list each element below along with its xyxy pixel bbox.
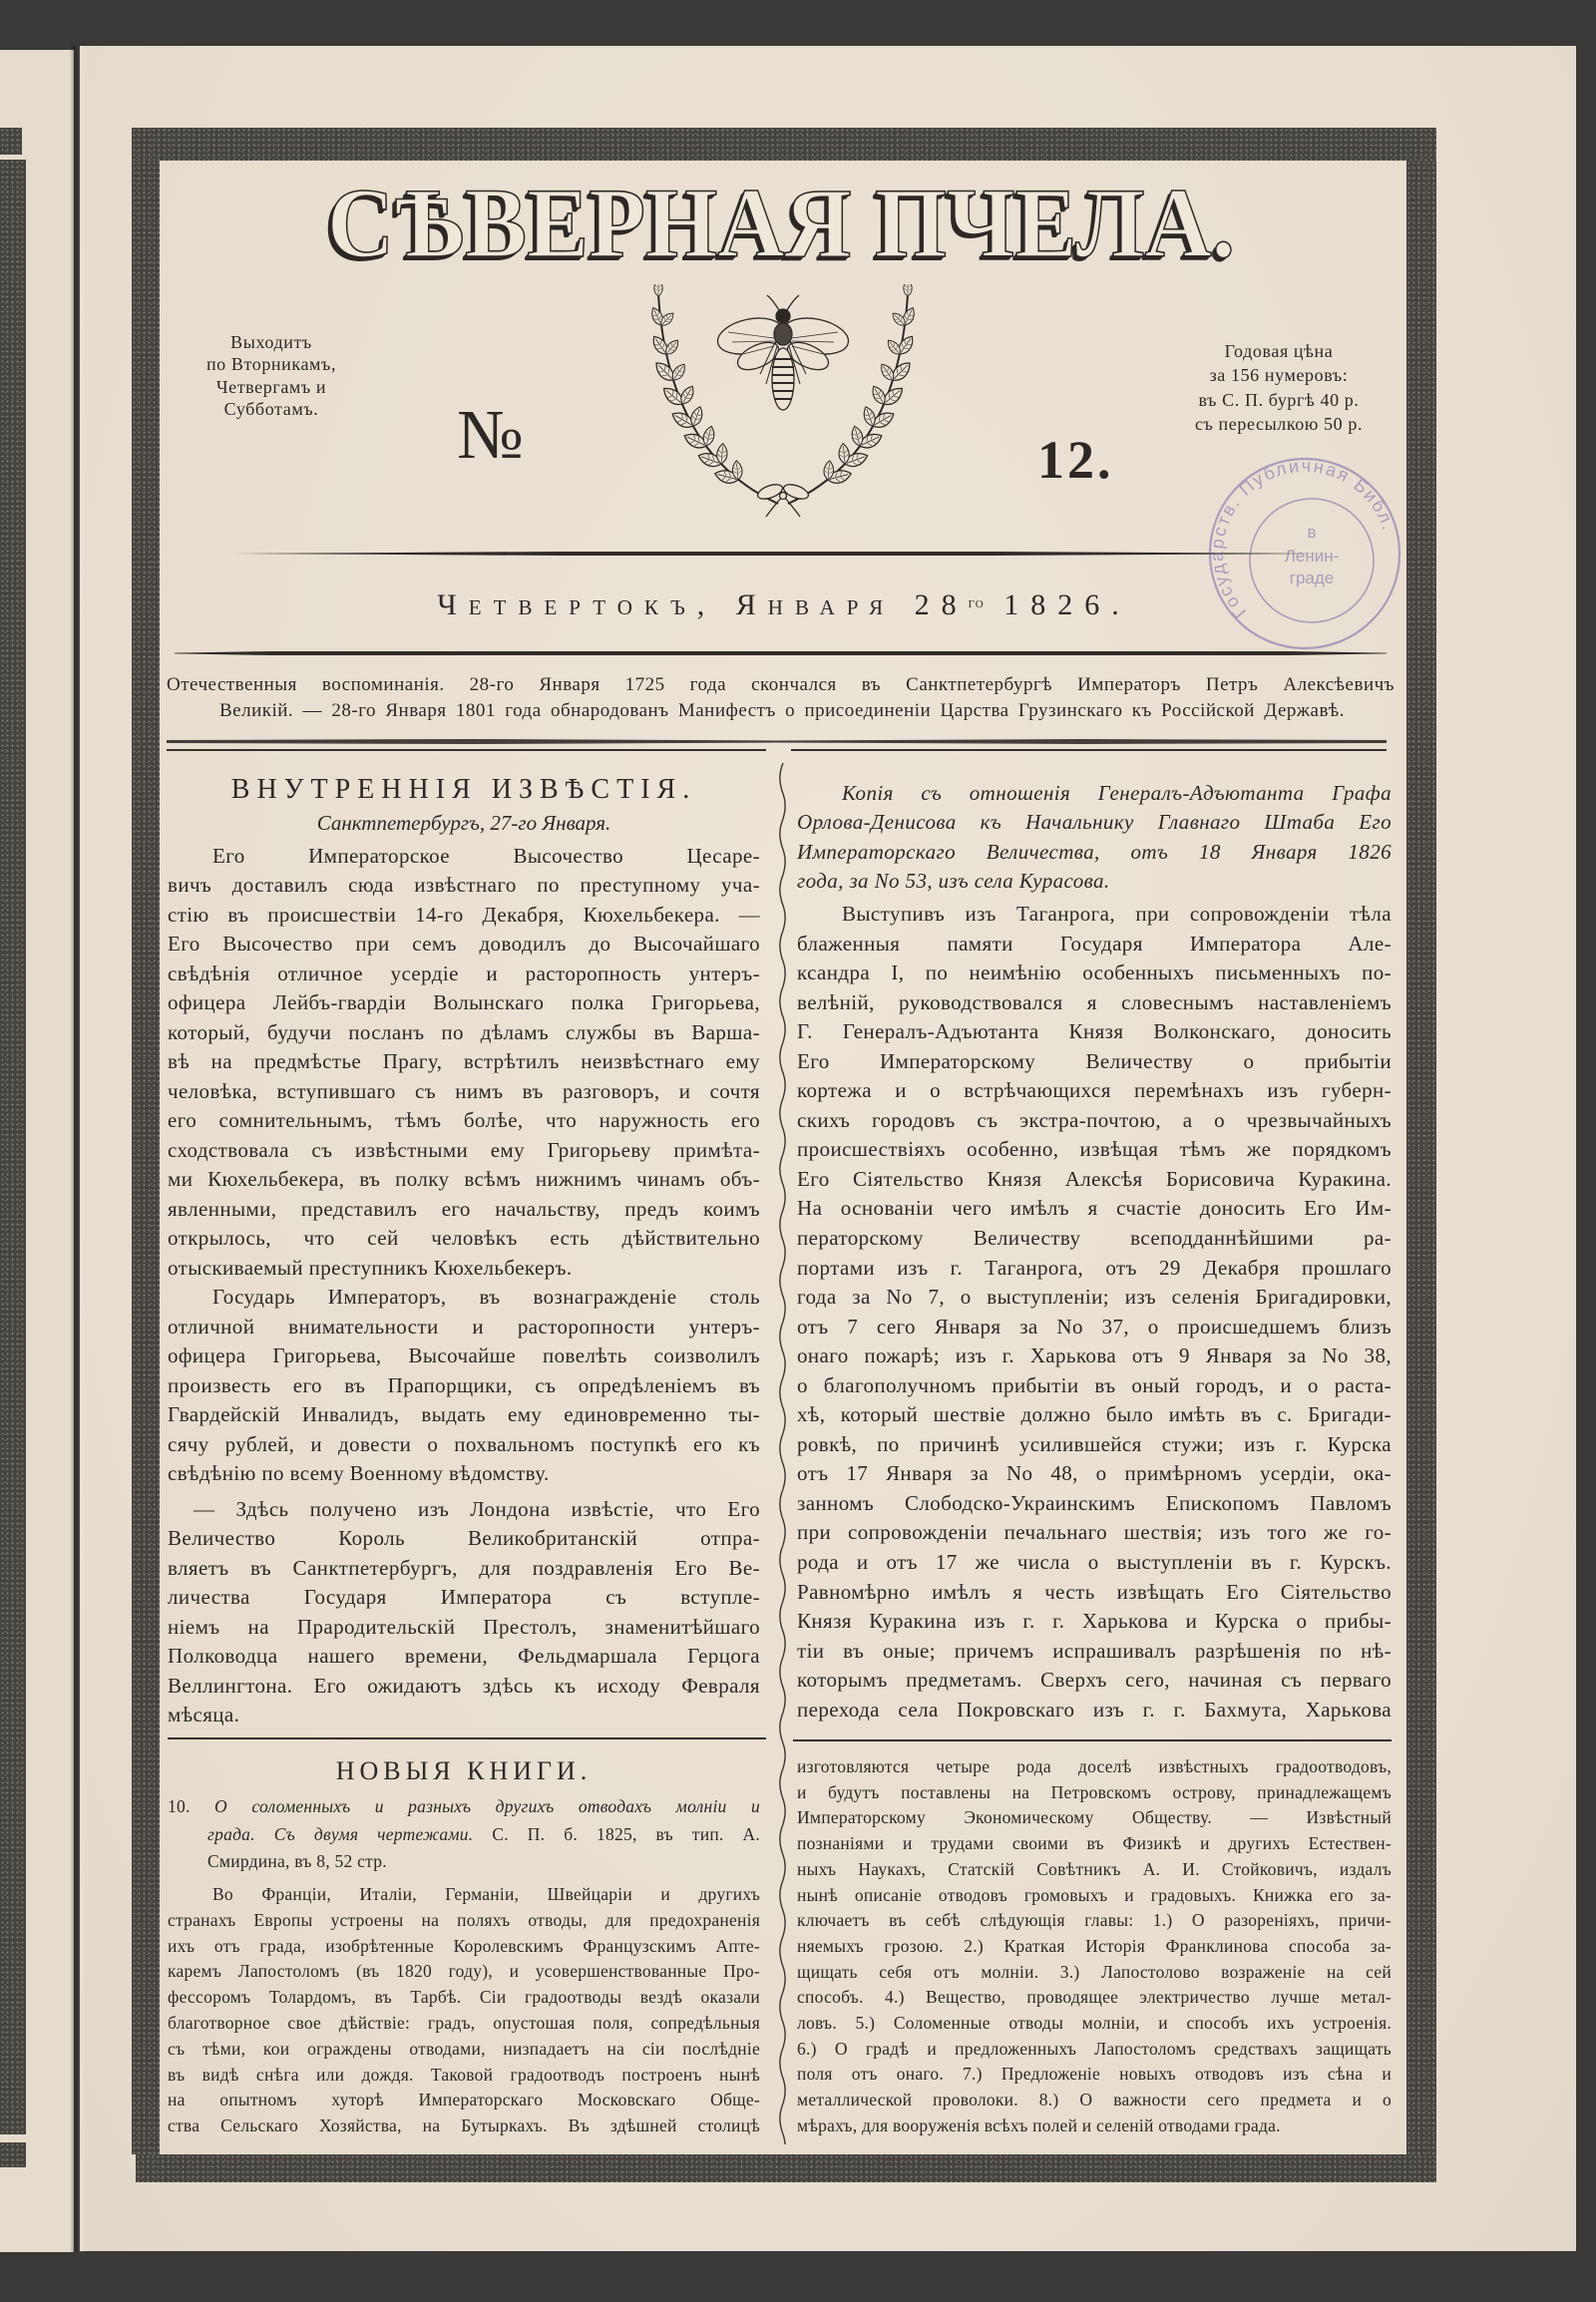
news-dateline: Санктпетербургъ, 27-го Января. bbox=[168, 808, 760, 838]
text-line: благотворное свое дѣйствіе: градъ, опуст… bbox=[168, 2011, 760, 2037]
text-line: ксандра I, по неимѣнію особенныхъ письме… bbox=[797, 959, 1392, 988]
book-imprint: Смирдина, въ 8, 52 стр. bbox=[207, 1851, 387, 1871]
text-line: и будутъ поставлены на Петровскомъ остро… bbox=[797, 1780, 1392, 1806]
binding-gutter bbox=[70, 46, 86, 2252]
text-line: няемыхъ грозою. 2.) Краткая Исторія Фран… bbox=[797, 1934, 1392, 1960]
stamp-inner-text: граде bbox=[1290, 569, 1334, 587]
text-line: сячу рублей, и довести о похвальномъ пос… bbox=[168, 1430, 760, 1460]
text-line: года, за No 53, изъ села Курасова. bbox=[797, 867, 1392, 897]
book-review-continued: изготовляются четыре рода доселѣ извѣстн… bbox=[797, 1754, 1392, 2139]
text-line: происшествіяхъ особенно, извѣщая тѣмъ же… bbox=[797, 1135, 1392, 1165]
book-entry-line: града. Съ двумя чертежами. С. П. б. 1825… bbox=[168, 1821, 760, 1849]
text-line: нынѣ описаніе отводовъ громовыхъ и градо… bbox=[797, 1883, 1392, 1909]
text-line: Его Высочество при семъ доводилъ до Высо… bbox=[168, 930, 760, 959]
publication-days-line: Выходитъ bbox=[172, 331, 371, 353]
text-line: поля отъ онаго. 7.) Предложеніе новыхъ о… bbox=[797, 2062, 1392, 2088]
text-line: Отечественныя воспоминанія. 28-го Января… bbox=[167, 672, 1395, 698]
text-line: въ видѣ снѣга или дождя. Таковой градоот… bbox=[168, 2063, 760, 2089]
text-line: сходствовала съ извѣстными ему Григорьев… bbox=[168, 1136, 760, 1166]
text-line: фессоромъ Толардомъ, въ Тарбѣ. Сіи градо… bbox=[168, 1985, 760, 2011]
section-rule bbox=[793, 1739, 1392, 1741]
text-line: Г. Генералъ-Адъютанта Князя Волконскаго,… bbox=[797, 1017, 1392, 1047]
text-line: на опытномъ хуторѣ Императорскаго Москов… bbox=[168, 2088, 760, 2113]
section-heading-new-books: НОВЫЯ КНИГИ. bbox=[168, 1755, 760, 1787]
book-title: града. Съ двумя чертежами. bbox=[207, 1824, 473, 1844]
date-day-number: 28 bbox=[915, 588, 969, 621]
text-line: онаго пожарѣ; изъ г. Харькова отъ 9 Янва… bbox=[797, 1342, 1392, 1371]
mourning-frame-bottom bbox=[136, 2154, 1436, 2182]
text-line: ихъ отъ града, изобрѣтенные Королевскимъ… bbox=[168, 1934, 760, 1960]
text-line: Во Франціи, Италіи, Германіи, Швейцаріи … bbox=[168, 1882, 760, 1908]
section-rule bbox=[168, 1737, 766, 1739]
newspaper-title: СѢВЕРНАЯ ПЧЕЛА. bbox=[224, 174, 1338, 273]
publication-days: Выходитъ по Вторникамъ, Четвергамъ и Суб… bbox=[172, 331, 371, 420]
library-stamp: Государств. Публичная Библ. в Ленин- гра… bbox=[1207, 456, 1406, 655]
text-line: каремъ Лапостоломъ (въ 1820 году), и усо… bbox=[168, 1959, 760, 1985]
date-year: 1826. bbox=[1003, 588, 1131, 621]
mourning-frame-right bbox=[1406, 161, 1436, 2154]
text-line: Величество Король Великобританскій отпра… bbox=[168, 1524, 760, 1554]
text-line: хѣ, который шествіе должно было имѣть въ… bbox=[797, 1400, 1392, 1430]
text-line: отъ 17 Января за No 48, о примѣрномъ усе… bbox=[797, 1459, 1392, 1489]
text-line: блаженныя памяти Государя Императора Але… bbox=[797, 930, 1392, 959]
text-line: стію въ происшествіи 14-го Декабря, Кюхе… bbox=[168, 901, 760, 931]
mourning-frame-left bbox=[132, 161, 160, 2154]
text-line: отыскиваемый преступникъ Кюхельбекеръ. bbox=[168, 1254, 760, 1284]
price-line: съ пересылкою 50 р. bbox=[1179, 412, 1379, 436]
text-line: свѣдѣнія отличное усердіе и расторопност… bbox=[168, 959, 760, 989]
article-paragraph: Государь Императоръ, въ вознагражденіе с… bbox=[168, 1283, 760, 1489]
text-line: ключаетъ въ себѣ слѣдующія главы: 1.) О … bbox=[797, 1908, 1392, 1934]
text-line: На основаніи чего имѣлъ я счастіе доноси… bbox=[797, 1194, 1392, 1224]
price-line: за 156 нумеровъ: bbox=[1179, 363, 1379, 387]
number-sign: № bbox=[457, 401, 524, 471]
book-imprint: С. П. б. 1825, въ тип. А. bbox=[473, 1824, 760, 1844]
text-line: открылось, что сей человѣкъ есть дѣйстви… bbox=[168, 1224, 760, 1254]
article-paragraph: — Здѣсь получено изъ Лондона извѣстіе, ч… bbox=[168, 1495, 760, 1730]
historical-recollections: Отечественныя воспоминанія. 28-го Января… bbox=[167, 672, 1395, 724]
text-line: произвесть его въ Прапорщики, съ опредѣл… bbox=[168, 1371, 760, 1401]
previous-page-mourning-border bbox=[0, 2142, 26, 2167]
text-line: которымъ предметамъ. Сверхъ сего, начина… bbox=[797, 1666, 1392, 1696]
article-paragraph: Его Императорское Высочество Цесаре-вичъ… bbox=[168, 842, 760, 1284]
publication-days-line: Четвергамъ и bbox=[172, 376, 371, 398]
text-line: его сомнительнымъ, тѣмъ болѣе, что наруж… bbox=[168, 1106, 760, 1136]
text-line: ператорскому Величеству всеподданнѣйшими… bbox=[797, 1224, 1392, 1254]
text-line: года за No 7, о выступленіи; изъ селенія… bbox=[797, 1283, 1392, 1313]
text-line: при сопровожденіи печальнаго шествія; из… bbox=[797, 1518, 1392, 1548]
text-line: личества Государя Императора съ вступле- bbox=[168, 1583, 760, 1613]
text-line: вѣ на предмѣстье Прагу, встрѣтилъ неизвѣ… bbox=[168, 1047, 760, 1077]
ribbon-bow-icon bbox=[756, 482, 811, 517]
text-line: Императорскому Экономическому Обществу. … bbox=[797, 1805, 1392, 1831]
book-entry-line: 10. О соломенныхъ и разныхъ другихъ отво… bbox=[168, 1793, 760, 1821]
text-line: который, будучи посланъ по дѣламъ службы… bbox=[168, 1018, 760, 1048]
text-line: вичъ доставилъ сюда извѣстнаго по престу… bbox=[168, 871, 760, 901]
text-line: Государь Императоръ, въ вознагражденіе с… bbox=[168, 1283, 760, 1313]
previous-page-mourning-border bbox=[0, 160, 26, 2134]
text-line: Его Императорское Высочество Цесаре- bbox=[168, 842, 760, 872]
issue-date: Четвертокъ, Января 28го 1826. bbox=[186, 585, 1383, 625]
text-line: познаніями и трудами своими въ Физикѣ и … bbox=[797, 1831, 1392, 1857]
text-line: Его Сіятельство Князя Алексѣя Борисовича… bbox=[797, 1165, 1392, 1195]
book-review-paragraph: Во Франціи, Италіи, Германіи, Швейцаріи … bbox=[168, 1882, 760, 2139]
text-line: кортежа и о встрѣчающихся перемѣнахъ изъ… bbox=[797, 1076, 1392, 1106]
text-line: офицера Лейбъ-гвардіи Волынскаго полка Г… bbox=[168, 988, 760, 1018]
text-line: свѣдѣнію по всему Военному вѣдомству. bbox=[168, 1459, 760, 1489]
text-line: металлической проволоки. 8.) О важности … bbox=[797, 2088, 1392, 2113]
text-line: съ тѣми, кои ограждены отводами, низпада… bbox=[168, 2037, 760, 2063]
text-line: мѣсяца. bbox=[168, 1701, 760, 1730]
stamp-inner-text: Ленин- bbox=[1285, 547, 1340, 566]
text-line: способъ. 4.) Вещество, проводящее электр… bbox=[797, 1985, 1392, 2011]
date-day-suffix: го bbox=[969, 595, 985, 611]
text-line: отличной внимательности и расторопности … bbox=[168, 1313, 760, 1343]
text-line: вляетъ въ Санктпетербургъ, для поздравле… bbox=[168, 1554, 760, 1584]
bee-emblem-icon bbox=[628, 284, 938, 519]
text-line: Веллингтона. Его ожидаютъ здѣсь къ исход… bbox=[168, 1672, 760, 1702]
text-line: изготовляются четыре рода доселѣ извѣстн… bbox=[797, 1754, 1392, 1780]
text-line: ства Сельскаго Хозяйства, на Бутыркахъ. … bbox=[168, 2113, 760, 2139]
text-line: мѣрахъ, для вооруженія всѣхъ полей и сел… bbox=[797, 2113, 1392, 2139]
book-entry: 10. О соломенныхъ и разныхъ другихъ отво… bbox=[168, 1793, 760, 1876]
text-line: рода и отъ 17 же числа о выступленіи въ … bbox=[797, 1548, 1392, 1578]
price-line: въ С. П. бургѣ 40 р. bbox=[1179, 388, 1379, 412]
issue-number: 12. bbox=[1037, 433, 1114, 487]
text-line: ныхъ Наукахъ, Статскій Совѣтникъ А. И. С… bbox=[797, 1857, 1392, 1883]
text-line: 6.) О градѣ и предложенныхъ Лапостоломъ … bbox=[797, 2037, 1392, 2063]
text-line: перехода села Покровскаго изъ г. г. Бахм… bbox=[797, 1696, 1392, 1726]
publication-days-line: Субботамъ. bbox=[172, 398, 371, 420]
text-line: Князя Куракина изъ г. г. Харькова и Курс… bbox=[797, 1607, 1392, 1637]
text-line: ніемъ на Прародительскій Престолъ, знаме… bbox=[168, 1613, 760, 1643]
subscription-price: Годовая цѣна за 156 нумеровъ: въ С. П. б… bbox=[1179, 339, 1379, 436]
text-line: Полководца нашего времени, Фельдмаршала … bbox=[168, 1642, 760, 1672]
text-line: ровкѣ, по причинѣ усилившейся стужи; изъ… bbox=[797, 1430, 1392, 1460]
section-heading-domestic-news: ВНУТРЕННІЯ ИЗВѢСТІЯ. bbox=[168, 773, 760, 807]
mourning-frame-top bbox=[132, 128, 1436, 161]
text-line: странахъ Европы устроены на поляхъ отвод… bbox=[168, 1908, 760, 1934]
text-line: Великій. — 28-го Января 1801 года обнаро… bbox=[219, 698, 1345, 724]
text-line: человѣка, вступившаго съ нимъ въ разгово… bbox=[168, 1077, 760, 1107]
stamp-inner-text: в bbox=[1307, 523, 1316, 542]
text-line: щищать себя отъ молніи. 3.) Лапостолово … bbox=[797, 1960, 1392, 1986]
text-line: Императорскаго Величества, отъ 18 Января… bbox=[797, 838, 1392, 868]
report-intro: Копія съ отношенія Генералъ-Адъютанта Гр… bbox=[797, 779, 1392, 897]
text-line: Гвардейскій Инвалидъ, выдать ему единовр… bbox=[168, 1400, 760, 1430]
text-line: о благополучномъ прибытіи въ оный городъ… bbox=[797, 1371, 1392, 1401]
text-line: ми Кюхельбекера, въ полку всѣмъ нижнимъ … bbox=[168, 1165, 760, 1195]
text-line: Орлова-Денисова къ Начальнику Главнаго Ш… bbox=[797, 808, 1392, 838]
section-double-rule-right bbox=[791, 749, 1387, 751]
text-line: Равномѣрно имѣлъ я честь извѣщать Его Сі… bbox=[797, 1578, 1392, 1608]
book-title: О соломенныхъ и разныхъ другихъ отводахъ… bbox=[191, 1796, 760, 1816]
date-rule bbox=[175, 651, 1387, 655]
price-line: Годовая цѣна bbox=[1179, 339, 1379, 363]
text-line: велѣній, руководствовался я словеснымъ н… bbox=[797, 988, 1392, 1018]
text-line: Выступивъ изъ Таганрога, при сопровожден… bbox=[797, 900, 1392, 930]
publication-days-line: по Вторникамъ, bbox=[172, 353, 371, 375]
text-line: портами изъ г. Таганрога, отъ 29 Декабря… bbox=[797, 1254, 1392, 1284]
bee-icon bbox=[714, 295, 852, 410]
previous-page-mourning-border bbox=[0, 128, 22, 155]
text-line: Копія съ отношенія Генералъ-Адъютанта Гр… bbox=[797, 779, 1392, 809]
date-month: Января bbox=[736, 588, 895, 621]
section-double-rule-left bbox=[167, 749, 766, 751]
column-divider bbox=[776, 763, 790, 2144]
book-entry-number: 10. bbox=[168, 1796, 191, 1816]
date-day: 28го bbox=[915, 588, 985, 621]
text-line: тіи въ оные; причемъ испрашивалъ разрѣше… bbox=[797, 1637, 1392, 1667]
text-line: офицера Григорьева, Высочайше повелѣть с… bbox=[168, 1342, 760, 1371]
date-weekday: Четвертокъ, bbox=[437, 588, 716, 621]
text-line: отъ 7 сего Января за No 37, о происшедше… bbox=[797, 1313, 1392, 1343]
text-line: ловъ. 5.) Соломенные отводы молніи, и сп… bbox=[797, 2011, 1392, 2037]
text-line: явленными, представилъ его начальству, п… bbox=[168, 1195, 760, 1225]
text-line: занномъ Слободско-Украинскимъ Епископомъ… bbox=[797, 1489, 1392, 1519]
report-body: Выступивъ изъ Таганрога, при сопровожден… bbox=[797, 900, 1392, 1725]
book-entry-line: Смирдина, въ 8, 52 стр. bbox=[168, 1848, 760, 1876]
text-line: скихъ городовъ съ экстра-почтою, а о чре… bbox=[797, 1106, 1392, 1136]
text-line: — Здѣсь получено изъ Лондона извѣстіе, ч… bbox=[168, 1495, 760, 1525]
text-line: Его Императорскому Величеству о прибытіи bbox=[797, 1047, 1392, 1077]
